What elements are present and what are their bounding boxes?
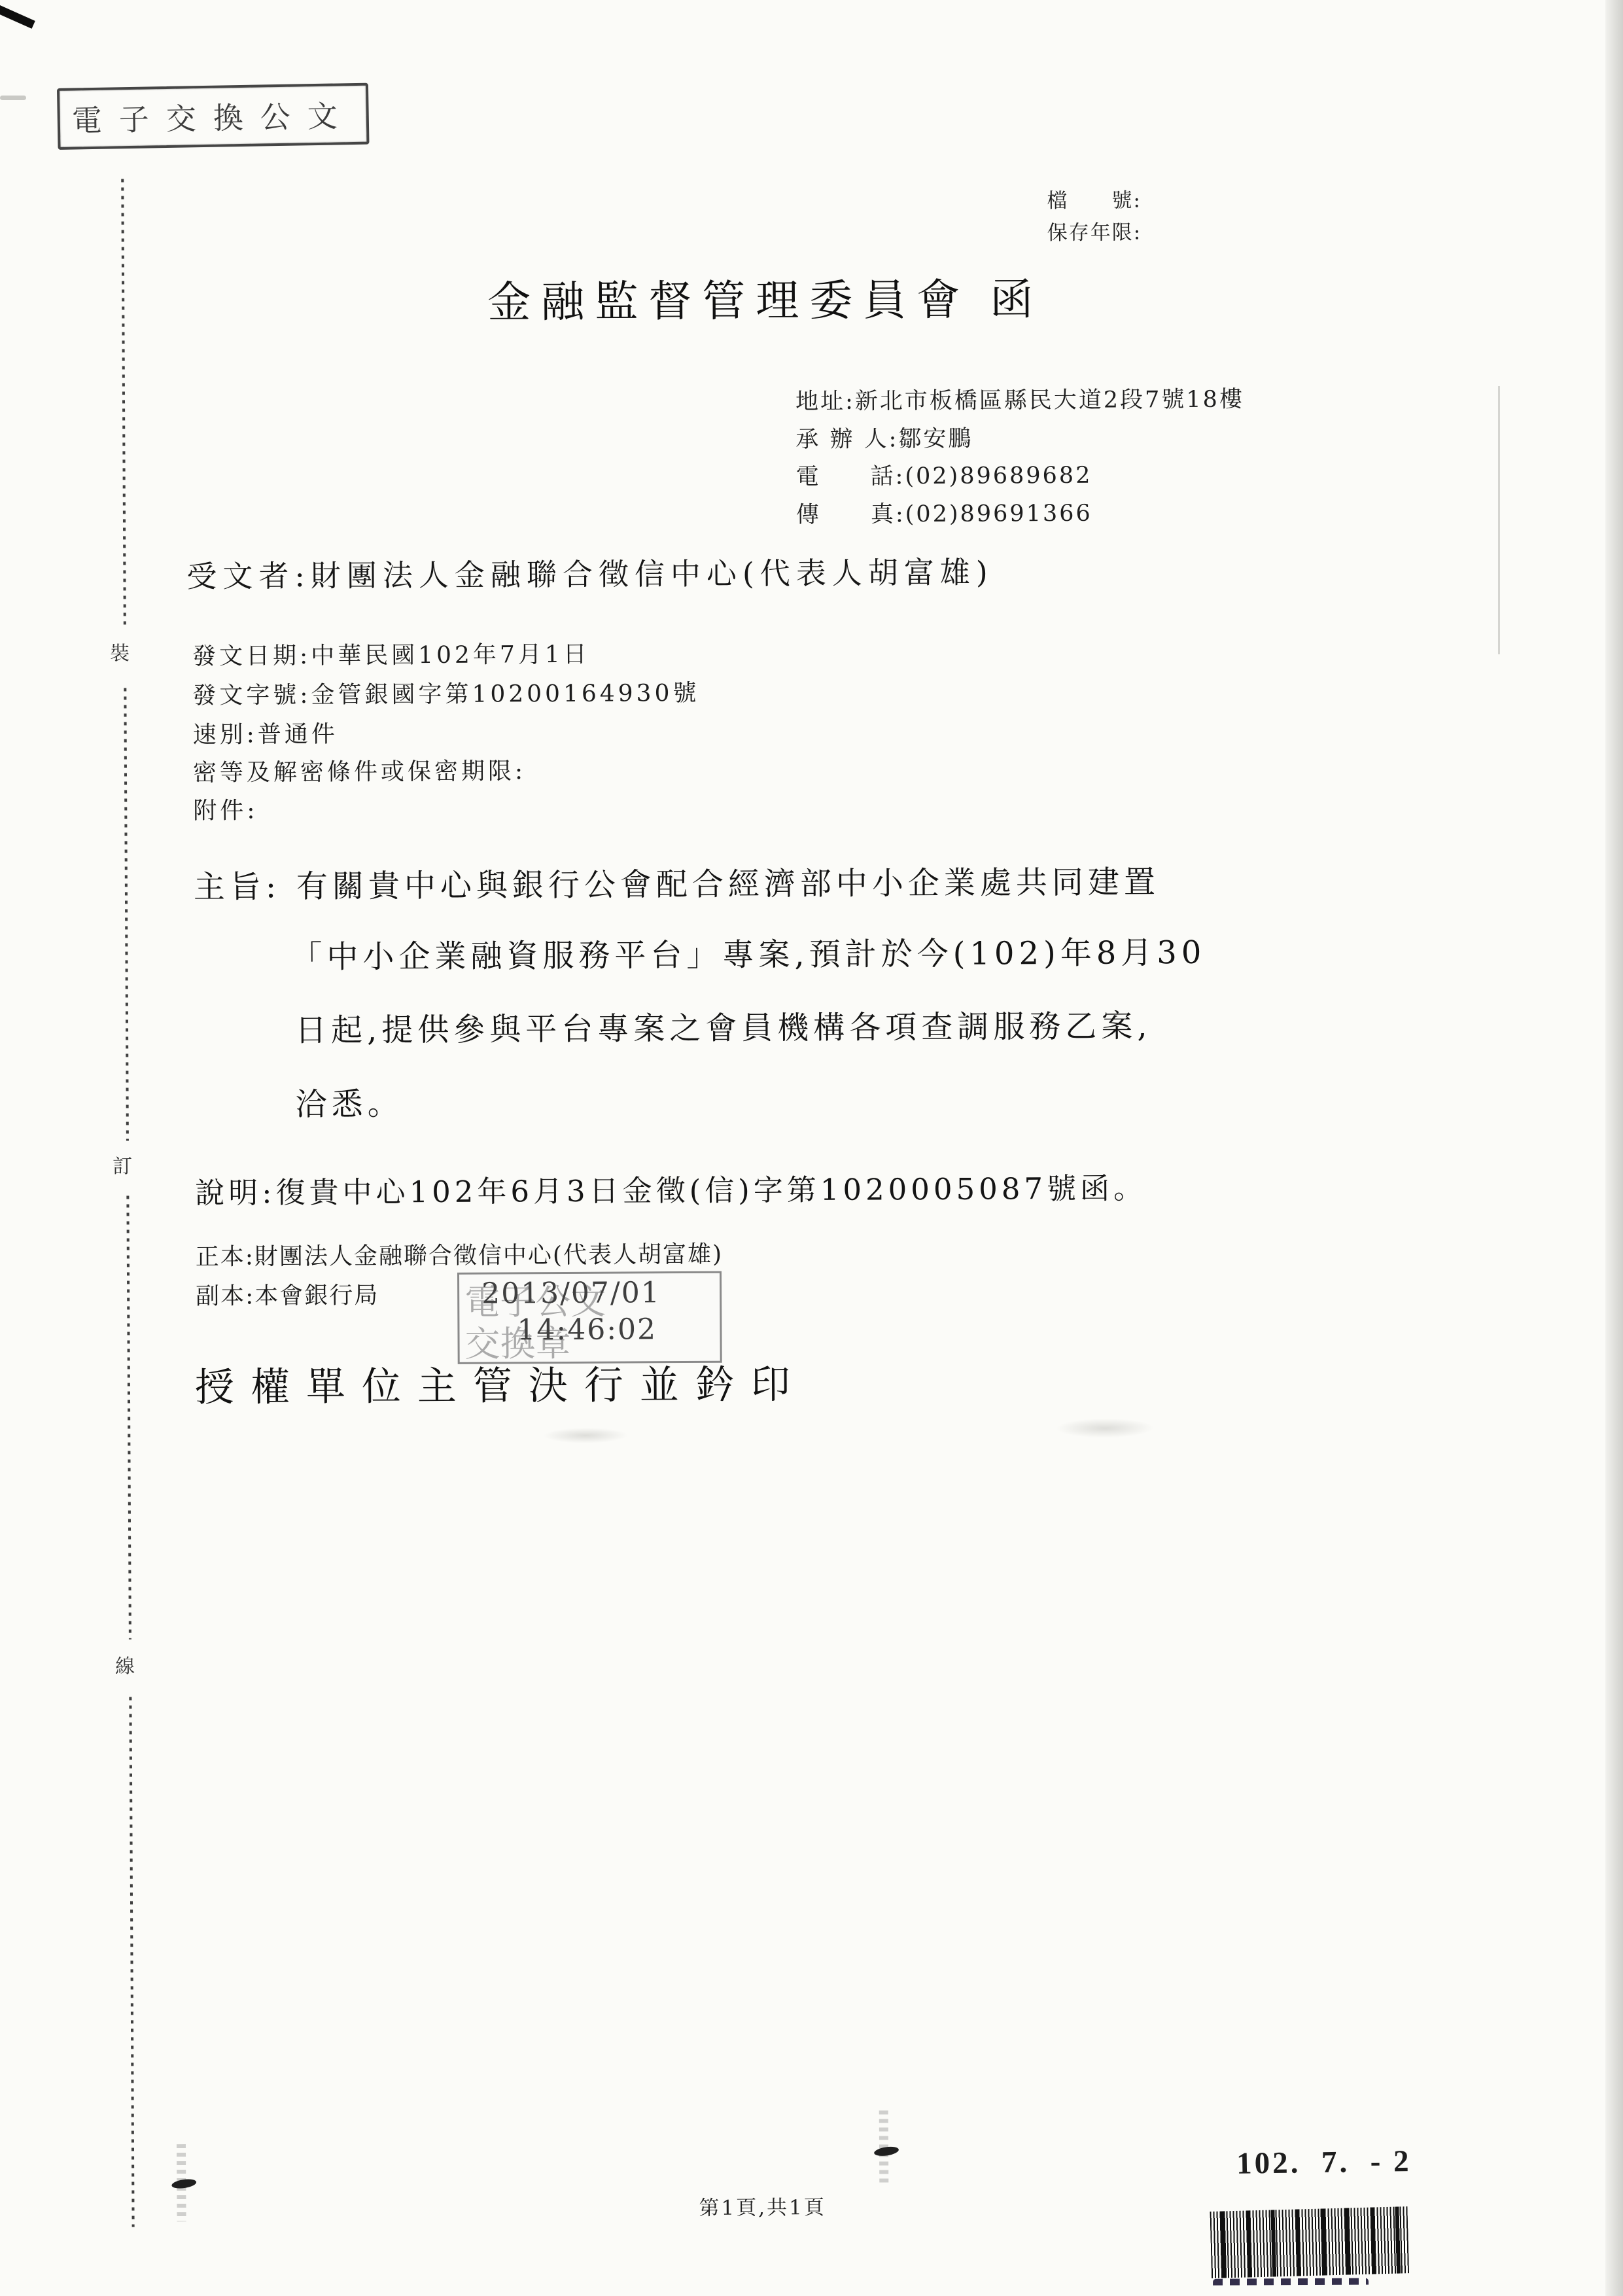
ink-smudge-mark (177, 2144, 186, 2221)
scan-streak-artifact (1498, 386, 1500, 654)
binding-mark-ding: 訂 (113, 1150, 132, 1178)
ink-smudge-mark (879, 2110, 889, 2183)
letter-content: 電子交換公文 檔 號: 保存年限: 金融監督管理委員會 函 地址:新北市板橋區縣… (0, 0, 1623, 2296)
seal-date: 2013/07/01 (481, 1276, 661, 1310)
subject-label: 主旨: (194, 861, 281, 907)
document-title: 金融監督管理委員會 函 (487, 264, 1033, 329)
faint-scan-smear (1056, 1418, 1154, 1438)
binding-dotted-line (126, 1195, 131, 1639)
agency-name: 金融監督管理委員會 (487, 265, 970, 330)
binding-dotted-line (124, 688, 129, 1140)
barcode (1210, 2206, 1409, 2278)
subject-line: 日起,提供參與平台專案之會員機構各項查調服務乙案, (295, 1000, 1152, 1050)
subject-line: 「中小企業融資服務平台」專案,預計於今(102)年8月30 (290, 927, 1206, 977)
binding-dotted-line (129, 1697, 134, 2227)
seal-time: 14:46:02 (517, 1313, 657, 1347)
agency-address: 地址:新北市板橋區縣民大道2段7號18樓 (795, 381, 1244, 417)
attachment-line: 附件: (193, 792, 258, 826)
security-line: 密等及解密條件或保密期限: (193, 752, 526, 788)
electronic-exchange-stamp-text: 電子交換公文 (71, 92, 355, 141)
electronic-exchange-stamp: 電子交換公文 (57, 83, 370, 150)
binding-dotted-line (121, 179, 126, 626)
authorization-line: 授權單位主管決行並鈐印 (195, 1353, 807, 1413)
issue-date-line: 發文日期:中華民國102年7月1日 (192, 636, 590, 671)
cc-copy-line: 副本:本會銀行局 (196, 1277, 379, 1311)
scanned-official-letter: 電子交換公文 檔 號: 保存年限: 金融監督管理委員會 函 地址:新北市板橋區縣… (0, 0, 1623, 2296)
faint-scan-smear (543, 1427, 628, 1443)
document-type: 函 (990, 264, 1033, 327)
electronic-exchange-seal: 電子公文 交換章 2013/07/01 14:46:02 (457, 1271, 722, 1364)
retention-period-label: 保存年限: (1047, 215, 1142, 245)
priority-line: 速別:普通件 (193, 716, 338, 750)
subject-line: 洽悉。 (295, 1078, 403, 1124)
description-line: 說明:復貴中心102年6月3日金徵(信)字第1020005087號函。 (195, 1164, 1147, 1212)
scan-edge-artifact (0, 96, 26, 100)
binding-mark-xian: 線 (115, 1650, 135, 1678)
doc-number-line: 發文字號:金管銀國字第10200164930號 (192, 675, 699, 711)
subject-line: 有關貴中心與銀行公會配合經濟部中小企業處共同建置 (296, 857, 1160, 906)
original-copy-line: 正本:財團法人金融聯合徵信中心(代表人胡富雄) (196, 1236, 723, 1272)
binding-mark-zhuang: 裝 (110, 637, 130, 665)
file-number-label: 檔 號: (1047, 183, 1142, 213)
scan-edge-shadow (1605, 0, 1623, 2296)
barcode-digits-clipped (1213, 2278, 1369, 2286)
page-number-footer: 第1頁,共1頁 (699, 2191, 826, 2221)
contact-phone: 電 話:(02)89689682 (795, 457, 1092, 491)
received-date-stamp: 102. 7. - 2 (1236, 2144, 1412, 2181)
recipient-line: 受文者:財團法人金融聯合徵信中心(代表人胡富雄) (186, 549, 994, 596)
contact-officer: 承 辦 人:鄒安鵬 (795, 421, 973, 454)
contact-fax: 傳 真:(02)89691366 (796, 495, 1092, 529)
